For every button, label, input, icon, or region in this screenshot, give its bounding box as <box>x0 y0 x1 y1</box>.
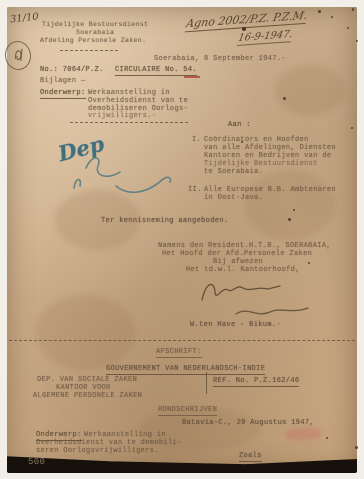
speck <box>283 97 286 100</box>
closing-line1: Namens den Resident.H.T.B., SOERABAIA, <box>158 242 331 250</box>
bijlagen-label: Bijlagen — <box>40 77 86 85</box>
onderwerp-label: Onderwerp: <box>40 89 86 99</box>
speck <box>326 437 328 439</box>
dept-line2: KANTOOR VOOR <box>56 384 111 392</box>
aan-item2-number: II. <box>188 186 202 194</box>
section-separator <box>9 340 355 341</box>
circulaire-label: CIRCULAIRE No. <box>115 66 183 76</box>
letterhead-line2: Soerabaia <box>76 29 114 37</box>
aan-item1-line: te Soerabaia. <box>204 168 263 176</box>
speck <box>308 262 310 264</box>
afschrift-onderwerp-line1: Werkaanstelling in <box>84 431 166 439</box>
onderwerp-line4: vrijwilligers.- <box>88 112 156 120</box>
onderwerp-line2: Overheidsdienst van te <box>88 97 188 105</box>
aan-item1-line: Tijdelijke Bestuursdienst <box>204 160 318 168</box>
aan-item1-line: van alle Afdelingen, Diensten <box>204 144 336 152</box>
afschrift-place-date: Batavia-C., 29 Augustus 1947, <box>182 419 314 427</box>
ink-blot <box>242 27 246 31</box>
continuation-word: Zoals <box>239 452 262 462</box>
speck <box>293 209 295 211</box>
dept-line3: ALGEMENE PERSONELE ZAKEN <box>33 392 142 400</box>
speck <box>356 40 358 42</box>
speck <box>331 16 333 18</box>
ref-divider-bar <box>206 372 207 394</box>
onderwerp-line1: Werkaanstelling in <box>88 89 170 97</box>
closing-line2: Het Hoofd der Afd.Personele Zaken <box>162 250 312 258</box>
typed-signature-name: W.ten Have - Bikum.- <box>190 321 281 329</box>
letterhead-divider <box>60 50 118 51</box>
signature-scribble <box>196 274 326 322</box>
letterhead-line3: Afdeling Personele Zaken. <box>40 37 146 45</box>
dept-line1: DEP. VAN SOCIALE ZAKEN <box>37 376 137 384</box>
closing-line3: Bij afwezen <box>213 258 263 266</box>
document-scan: 31/10 Tijdelijke Bestuursdienst Soerabai… <box>0 0 364 479</box>
speck <box>318 10 321 13</box>
red-underline <box>184 76 200 78</box>
place-date: Soerabaia, 8 September 1947.- <box>154 55 286 63</box>
blue-note-scribble <box>72 152 182 202</box>
aan-label: Aan : <box>228 121 251 129</box>
aan-item2-line: in Oost-Java. <box>204 194 263 202</box>
circulaire-number: 54. <box>183 66 197 76</box>
aan-item1-line: Kantoren en Bedrijven van de <box>204 152 331 160</box>
speck <box>355 446 358 449</box>
afschrift-onderwerp-line2: Overheidsdienst van te demobili- <box>36 439 182 447</box>
paraph-scribble <box>4 40 32 71</box>
closing-line4: Het td.w.l. Kantoorhoofd, <box>186 266 300 274</box>
aan-item2-line: Alle Europese B.B. Ambtenaren <box>204 186 336 194</box>
kennisneming-line: Ter kennisneming aangeboden. <box>101 217 228 225</box>
aan-item1-line: Coördinators en Hoofden <box>204 136 309 144</box>
subject-divider <box>70 122 188 123</box>
speck <box>347 27 349 29</box>
letter-number: No.: 7064/P.Z. <box>40 66 104 74</box>
letterhead-line1: Tijdelijke Bestuursdienst <box>42 21 148 29</box>
speck <box>241 141 243 143</box>
speck <box>352 8 354 11</box>
aan-item1-number: I. <box>192 136 201 144</box>
rondschrijven-heading: RONDSCHRIJVEN <box>158 406 217 416</box>
print-run-number: 500 <box>28 458 45 466</box>
speck <box>351 127 353 129</box>
speck <box>288 218 291 221</box>
ref-number: REF. No. P.Z.162/46 <box>213 377 299 387</box>
afschrift-onderwerp-line3: seren Oorlogsvrijwilligers. <box>36 447 159 455</box>
afschrift-title: AFSCHRIFT: <box>156 348 202 358</box>
government-heading: GOUVERNEMENT VAN NEDERLANDSCH-INDIE <box>106 365 265 375</box>
